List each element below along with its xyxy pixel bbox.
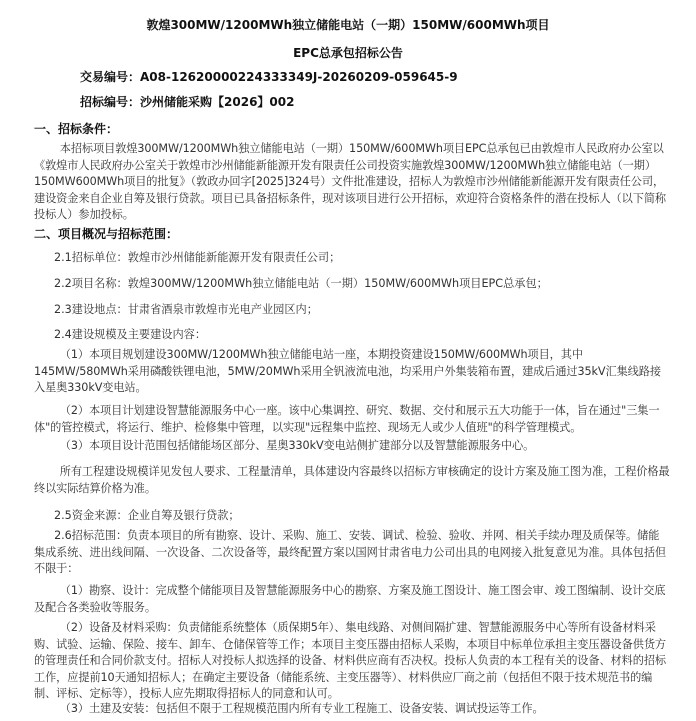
scope-paragraph-survey-design: （1）勘察、设计：完成整个储能项目及智慧能源服务中心的勘察、方案及施工图设计、施…: [34, 583, 670, 616]
tender-conditions-paragraph: 本招标项目敦煌300MW/1200MWh独立储能电站（一期）150MW/600M…: [34, 141, 670, 224]
section-heading-project-overview: 二、项目概况与招标范围：: [34, 225, 178, 242]
scope-paragraph-procurement: （2）设备及材料采购：负责储能系统整体（质保期5年）、集电线路、对侧间隔扩建、智…: [34, 620, 670, 703]
tender-number-label: 招标编号：: [80, 95, 140, 109]
item-2-6-scope: 2.6招标范围：负责本项目的所有勘察、设计、采购、施工、安装、调试、检验、验收、…: [34, 528, 670, 578]
item-2-3-location: 2.3建设地点：甘肃省酒泉市敦煌市光电产业园区内；: [54, 301, 318, 317]
item-2-4-scale: 2.4建设规模及主要建设内容：: [54, 326, 206, 342]
scale-paragraph-2: （2）本项目计划建设智慧能源服务中心一座。该中心集调控、研究、数据、交付和展示五…: [34, 403, 670, 436]
scale-paragraph-1: （1）本项目规划建设300MW/1200MWh独立储能电站一座，本期投资建设15…: [34, 347, 670, 397]
tender-number-value: 沙州储能采购【2026】002: [140, 95, 294, 109]
tender-number: 招标编号：沙州储能采购【2026】002: [80, 93, 294, 110]
scope-paragraph-construction: （3）土建及安装：包括但不限于工程规模范围内所有专业工程施工、设备安装、调试投运…: [34, 701, 670, 718]
item-2-5-funding: 2.5资金来源：企业自筹及银行贷款；: [54, 507, 240, 523]
section-heading-tender-conditions: 一、招标条件：: [34, 120, 118, 137]
item-2-2-project-name: 2.2项目名称：敦煌300MW/1200MWh独立储能电站（一期）150MW/6…: [54, 275, 548, 291]
transaction-number-label: 交易编号：: [80, 70, 140, 84]
transaction-number-value: A08-12620000224333349J-20260209-059645-9: [140, 70, 458, 84]
document-title-line2: EPC总承包招标公告: [0, 44, 696, 61]
transaction-number: 交易编号：A08-12620000224333349J-20260209-059…: [80, 68, 458, 85]
document-title-line1: 敦煌300MW/1200MWh独立储能电站（一期）150MW/600MWh项目: [0, 16, 696, 33]
scale-paragraph-note: 所有工程建设规模详见发包人要求、工程量清单，具体建设内容最终以招标方审核确定的设…: [34, 464, 670, 497]
scale-paragraph-3: （3）本项目设计范围包括储能场区部分、星奥330kV变电站侧扩建部分以及智慧能源…: [34, 438, 670, 455]
item-2-1-tender-unit: 2.1招标单位：敦煌市沙州储能新能源开发有限责任公司；: [54, 249, 340, 265]
